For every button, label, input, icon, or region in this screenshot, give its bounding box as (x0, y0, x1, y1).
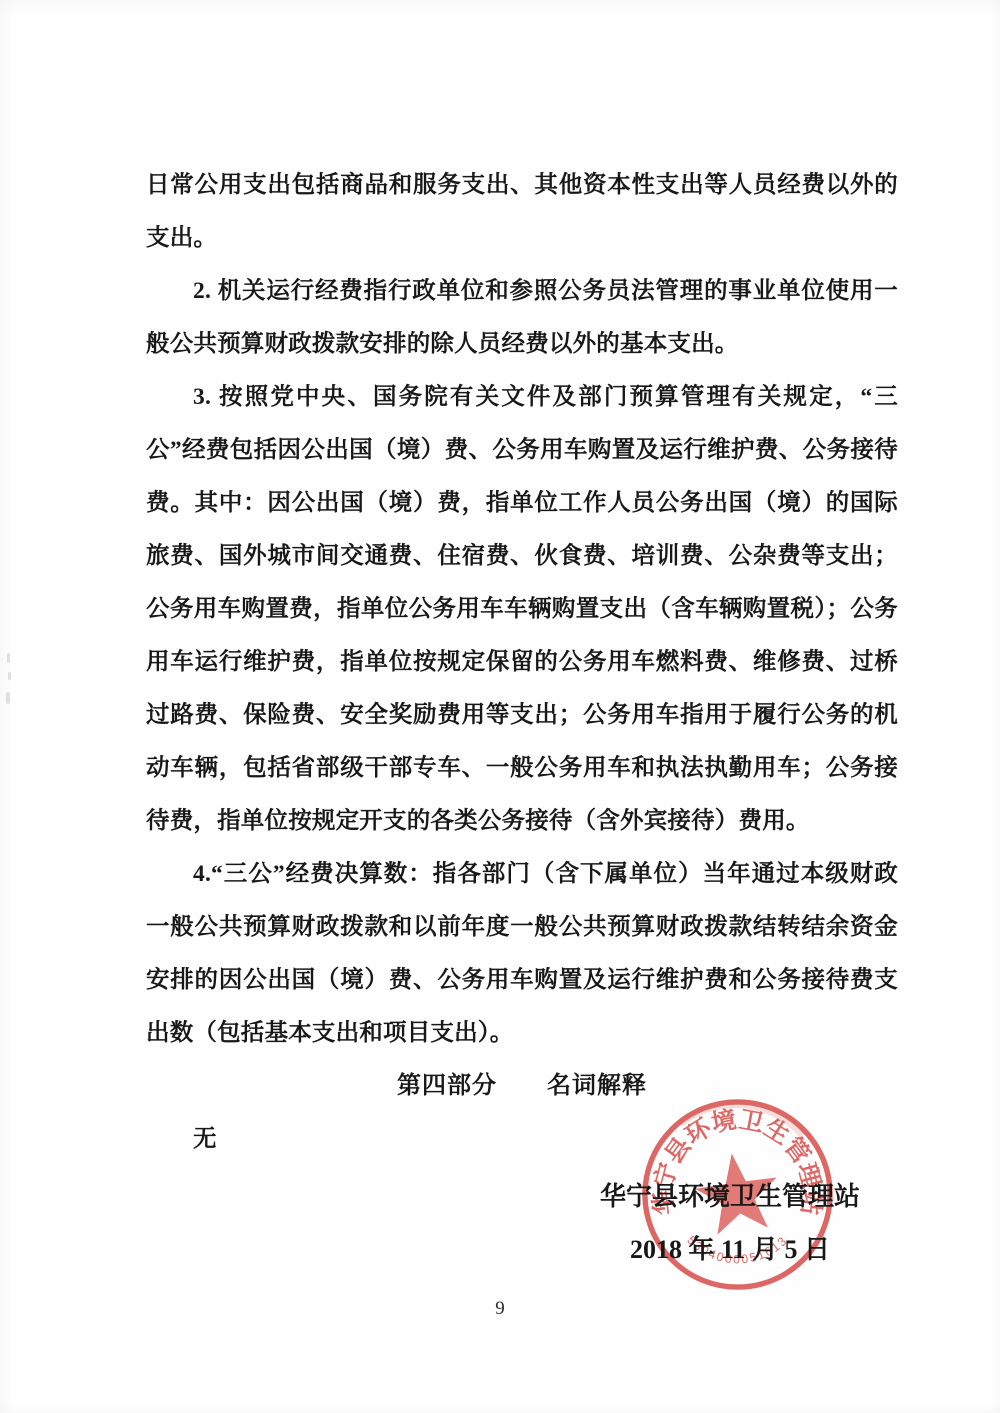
page-number: 9 (0, 1298, 1000, 1320)
scanned-document-page: 日常公用支出包括商品和服务支出、其他资本性支出等人员经费以外的支出。 2. 机关… (0, 0, 1000, 1413)
signature-block: 华宁县环境卫生管理站 2018 年 11 月 5 日 (560, 1170, 900, 1276)
paragraph-agency-operating-expense: 2. 机关运行经费指行政单位和参照公务员法管理的事业单位使用一般公共预算财政拨款… (146, 265, 898, 371)
paragraph-three-public-expense-definition: 3. 按照党中央、国务院有关文件及部门预算管理有关规定，“三公”经费包括因公出国… (146, 371, 898, 848)
document-body: 日常公用支出包括商品和服务支出、其他资本性支出等人员经费以外的支出。 2. 机关… (146, 159, 898, 1166)
paragraph-daily-public-expense: 日常公用支出包括商品和服务支出、其他资本性支出等人员经费以外的支出。 (146, 159, 898, 265)
scan-artifact (7, 653, 10, 663)
signature-date: 2018 年 11 月 5 日 (560, 1223, 900, 1276)
scan-artifact (8, 672, 11, 680)
signature-organization: 华宁县环境卫生管理站 (560, 1170, 900, 1223)
paragraph-three-public-final-accounts: 4.“三公”经费决算数：指各部门（含下属单位）当年通过本级财政一般公共预算财政拨… (146, 848, 898, 1060)
scan-artifact (6, 692, 10, 704)
